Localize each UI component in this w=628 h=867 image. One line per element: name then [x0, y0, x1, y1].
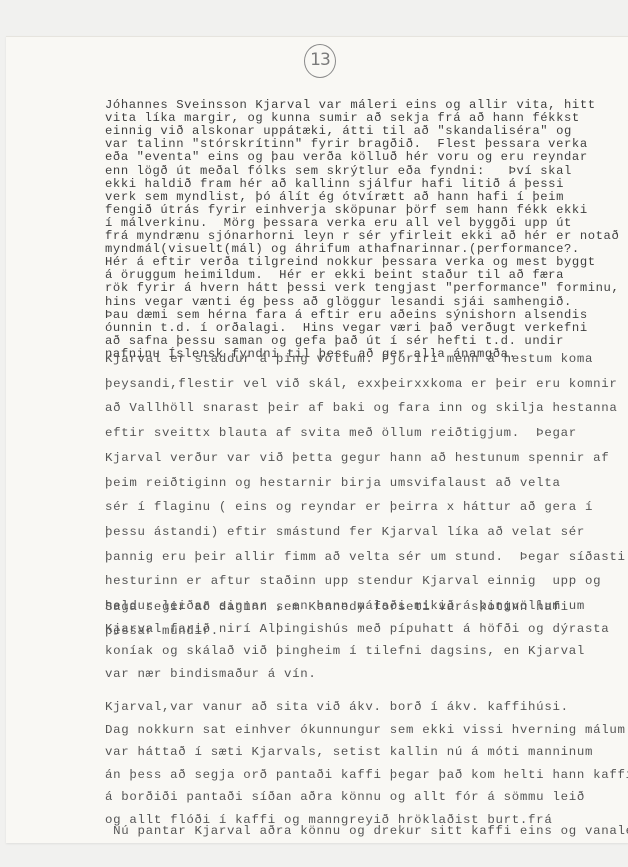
paragraph-1-line: myndmál(visuelt(mál) og áhrifum athafnar…: [105, 242, 580, 256]
paragraph-1-line: verk sem myndlist, þó álít ég ótvírætt a…: [105, 190, 564, 204]
paragraph-2-line: eftir sveittx blauta af svita með öllum …: [105, 426, 577, 440]
handwritten-page-number: 13: [304, 44, 336, 78]
paragraph-2-line: þessu ástandi) eftir smástund fer Kjarva…: [105, 525, 585, 539]
paragraph-1-line: einnig við alskonar uppátæki, átti til a…: [105, 124, 572, 138]
paragraph-3-line: Saga segir að daginn sem Kennedy forseti…: [105, 600, 569, 614]
paragraph-1-line: í málverkinu. Mörg þessara verka eru all…: [105, 216, 572, 230]
paragraph-4-line: á borðiði pantaði síðan aðra könnu og al…: [105, 790, 585, 804]
paragraph-1-line: Jóhannes Sveinsson Kjarval var máleri ei…: [105, 98, 596, 112]
paragraph-3-line: Kjarval farið nirí Alþingishús með pípuh…: [105, 622, 609, 636]
paragraph-1-line: rök fyrir á hvern hátt þessi verk tengja…: [105, 281, 619, 295]
paragraph-4-line: án þess að segja orð pantaði kaffi þegar…: [105, 768, 628, 782]
paragraph-2-line: þeysandi,flestir vel við skál, exxþeirxx…: [105, 377, 618, 391]
paragraph-1-line: á öruggum heimildum. Hér er ekki beint s…: [105, 268, 564, 282]
paragraph-2-line: Kjarval verður var við þetta gegur hann …: [105, 451, 609, 465]
paragraph-4-line: Kjarval,var vanur að sita við ákv. borð …: [105, 700, 569, 714]
paragraph-2-line: sér í flaginu ( eins og reyndar er þeirr…: [105, 500, 593, 514]
paragraph-1-line: Þau dæmi sem hérna fara á eftir eru aðei…: [105, 308, 588, 322]
paragraph-4-line: var háttað í sæti Kjarvals, setist kalli…: [105, 745, 593, 759]
paragraph-1-line: hins vegar vænti ég þess að glöggur lesa…: [105, 295, 572, 309]
paragraph-3-line: koníak og skálað við þingheim í tilefni …: [105, 644, 585, 658]
paragraph-1-line: vita líka margir, og kunna sumir að sekj…: [105, 111, 580, 125]
paragraph-1-line: enn lögð út meðal fólks sem skrýtlur eða…: [105, 164, 572, 178]
paragraph-1-line: eða "eventa" eins og þau verða kölluð hé…: [105, 150, 588, 164]
paragraph-1-line: óunnin t.d. í orðalagi. Hins vegar væri …: [105, 321, 588, 335]
paragraph-1-line: ekki haldið fram hér að kallinn sjálfur …: [105, 177, 564, 191]
paragraph-2-line: hesturinn er aftur staðinn upp stendur K…: [105, 574, 601, 588]
paragraph-2-line: þannig eru þeir allir fimm að velta sér …: [105, 550, 626, 564]
paragraph-1-line: að safna þessu saman og gefa það út í sé…: [105, 334, 564, 348]
paragraph-2-line: þeim reiðtiginn og hestarnir birja umsvi…: [105, 476, 561, 490]
paragraph-3-line: var nær bindismaður á vín.: [105, 667, 317, 681]
paragraph-2-line: að Vallhöll snarast þeir af baki og fara…: [105, 401, 618, 415]
paragraph-1-line: frá myndrænu sjónarhorni leyn r sér yfir…: [105, 229, 619, 243]
paragraph-1-line: Hér á eftir verða tilgreind nokkur þessa…: [105, 255, 596, 269]
paragraph-4-line: Nú pantar Kjarval aðra könnu og drekur s…: [105, 824, 628, 838]
paragraph-4-line: Dag nokkurn sat einhver ókunnungur sem e…: [105, 723, 626, 737]
paragraph-2-line: Kjarval er staddur á þing völlum. Fjórir…: [105, 352, 593, 366]
paragraph-1-line: var talinn "stórskrítinn" fyrir bragðið.…: [105, 137, 588, 151]
paragraph-1-line: fengið útrás fyrir einhverja sköpunar þö…: [105, 203, 588, 217]
